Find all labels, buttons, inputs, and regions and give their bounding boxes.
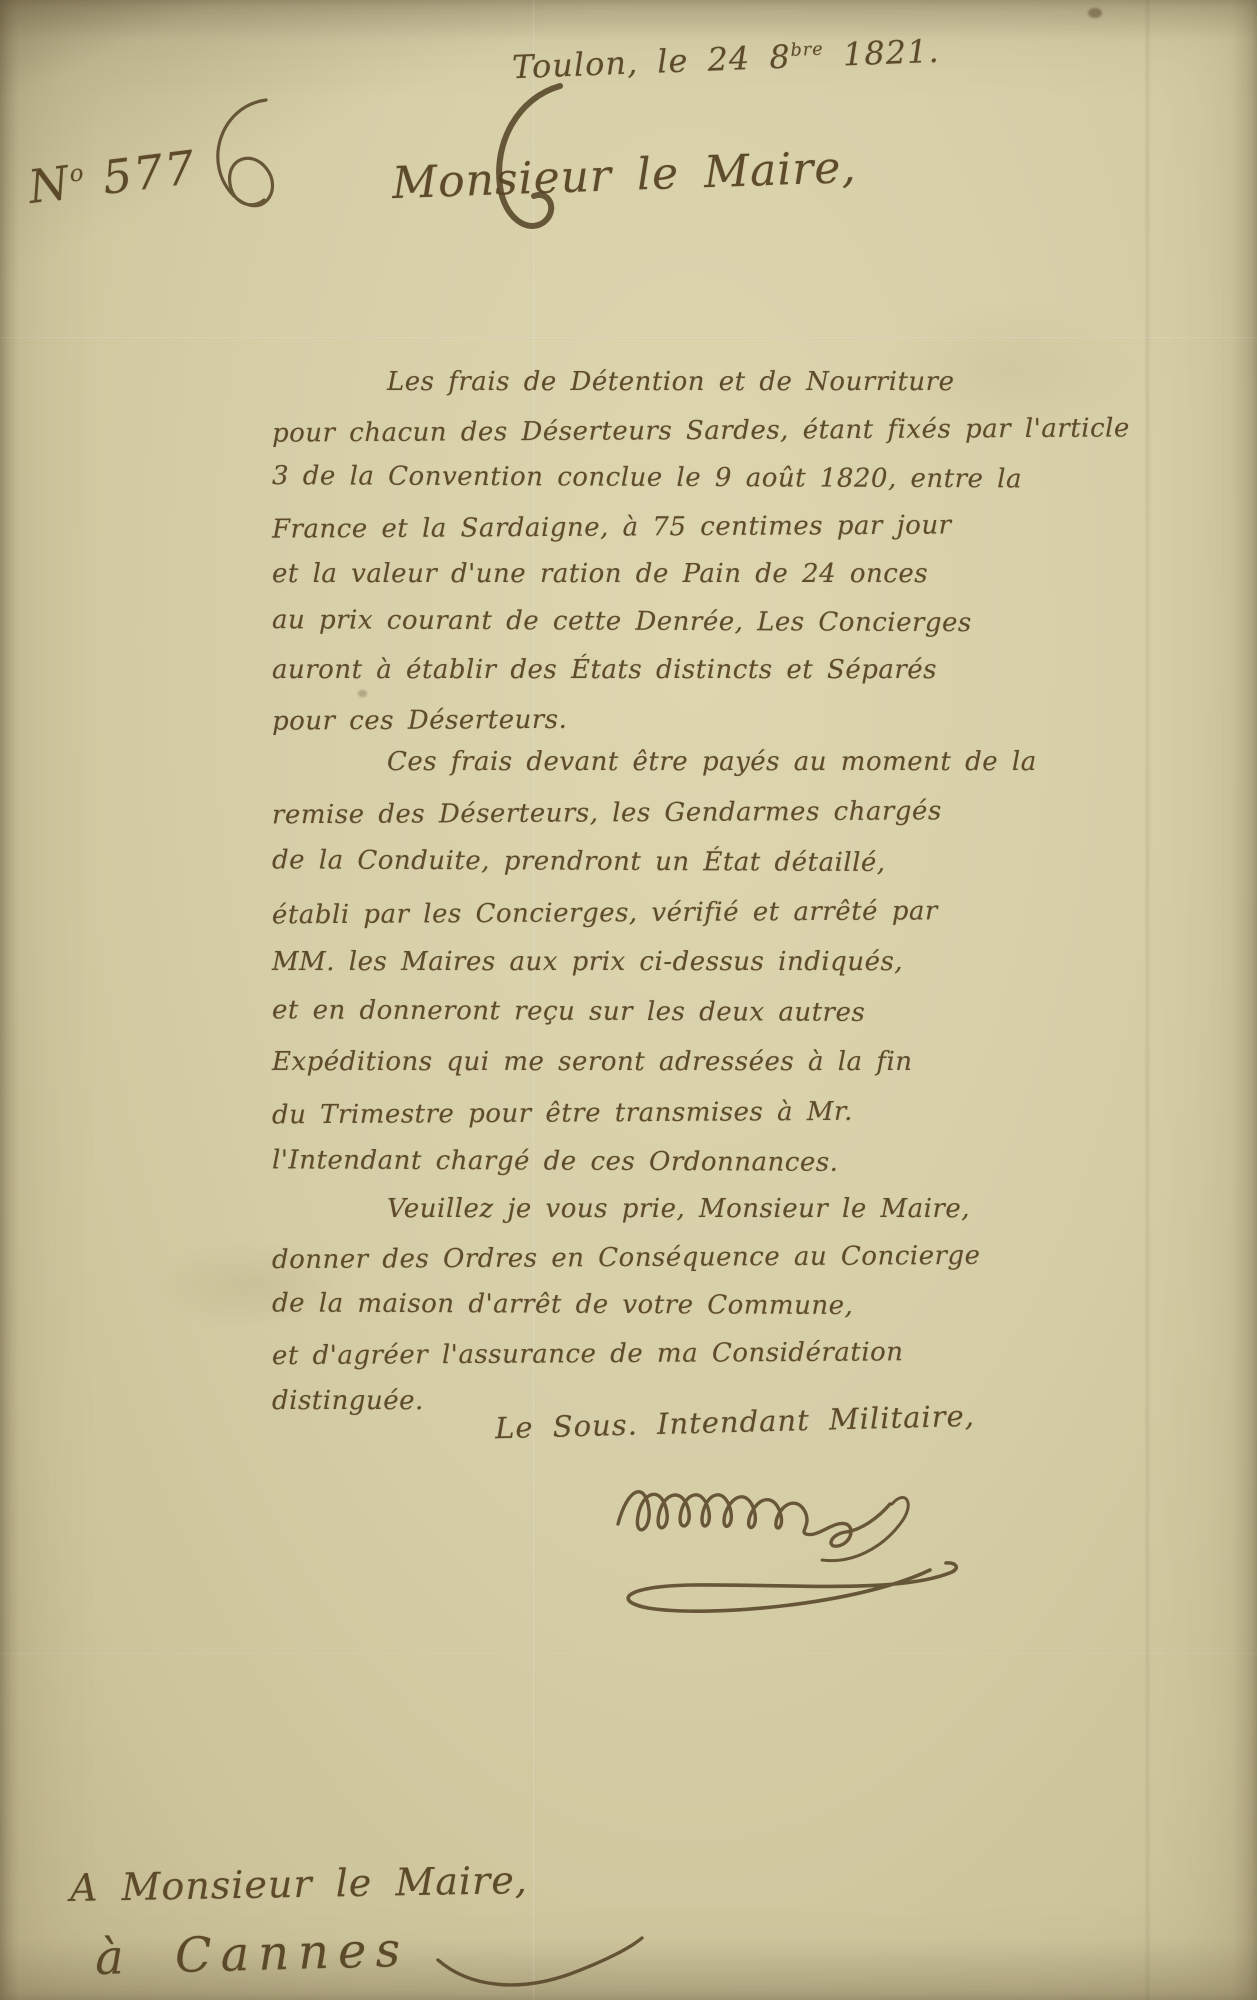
letter-page: Toulon, le 24 8bre 1821. No 577 Monsieur… bbox=[0, 0, 1257, 2000]
address-underline-swash-icon bbox=[430, 1930, 650, 2000]
doc-number-ordinal: o bbox=[68, 160, 87, 188]
vertical-fold-crease-right bbox=[1144, 0, 1151, 2000]
spiral-paraph-icon bbox=[168, 92, 293, 257]
horizontal-fold-crease bbox=[0, 336, 1257, 339]
letter-line: MM. les Maires aux prix ci-dessus indiqu… bbox=[272, 937, 1037, 987]
letter-line: et la valeur d'une ration de Pain de 24 … bbox=[272, 550, 1130, 598]
letter-line: et d'agréer l'assurance de ma Considérat… bbox=[272, 1328, 981, 1380]
address-recipient: A Monsieur le Maire, bbox=[70, 1858, 529, 1910]
dateline: Toulon, le 24 8bre 1821. bbox=[511, 32, 940, 86]
dateline-month-superscript: bre bbox=[790, 40, 824, 61]
dateline-text: Toulon, le 24 8 bbox=[511, 38, 791, 87]
dateline-year: 1821. bbox=[823, 32, 940, 74]
paragraph-1: Les frais de Détention et de Nourriture … bbox=[272, 358, 1130, 742]
paragraph-2: Ces frais devant être payés au moment de… bbox=[272, 737, 1037, 1187]
horizontal-fold-crease-lower bbox=[0, 1652, 1257, 1655]
letter-line: Ces frais devant être payés au moment de… bbox=[387, 737, 1037, 787]
letter-line: l'Intendant chargé de ces Ordonnances. bbox=[272, 1135, 1037, 1188]
letter-line: pour chacun des Déserteurs Sardes, étant… bbox=[272, 404, 1130, 457]
letter-line: Les frais de Détention et de Nourriture bbox=[387, 358, 1130, 406]
letter-line: établi par les Concierges, vérifié et ar… bbox=[272, 886, 1037, 941]
letter-line: de la Conduite, prendront un État détail… bbox=[272, 835, 1037, 888]
letter-line: Expéditions qui me seront adressées à la… bbox=[272, 1037, 1037, 1087]
letter-line: et en donneront reçu sur les deux autres bbox=[272, 985, 1037, 1038]
letter-line: 3 de la Convention conclue le 9 août 182… bbox=[272, 452, 1130, 504]
letter-line: Veuillez je vous prie, Monsieur le Maire… bbox=[387, 1185, 981, 1233]
letter-line: de la maison d'arrêt de votre Commune, bbox=[272, 1279, 981, 1330]
signature-icon bbox=[600, 1452, 975, 1647]
doc-number-prefix: N bbox=[25, 155, 74, 214]
letter-line: France et la Sardaigne, à 75 centimes pa… bbox=[272, 500, 1130, 553]
letter-line: auront à établir des États distincts et … bbox=[272, 646, 1130, 694]
ink-speck bbox=[1088, 8, 1102, 18]
letter-line: au prix courant de cette Denrée, Les Con… bbox=[272, 596, 1130, 648]
paragraph-3: Veuillez je vous prie, Monsieur le Maire… bbox=[272, 1185, 981, 1425]
letter-line: du Trimestre pour être transmises à Mr. bbox=[272, 1086, 1037, 1141]
address-city: à Cannes bbox=[94, 1922, 409, 1986]
letter-line: remise des Déserteurs, les Gendarmes cha… bbox=[272, 786, 1037, 841]
letter-line: donner des Ordres en Conséquence au Conc… bbox=[272, 1232, 981, 1284]
